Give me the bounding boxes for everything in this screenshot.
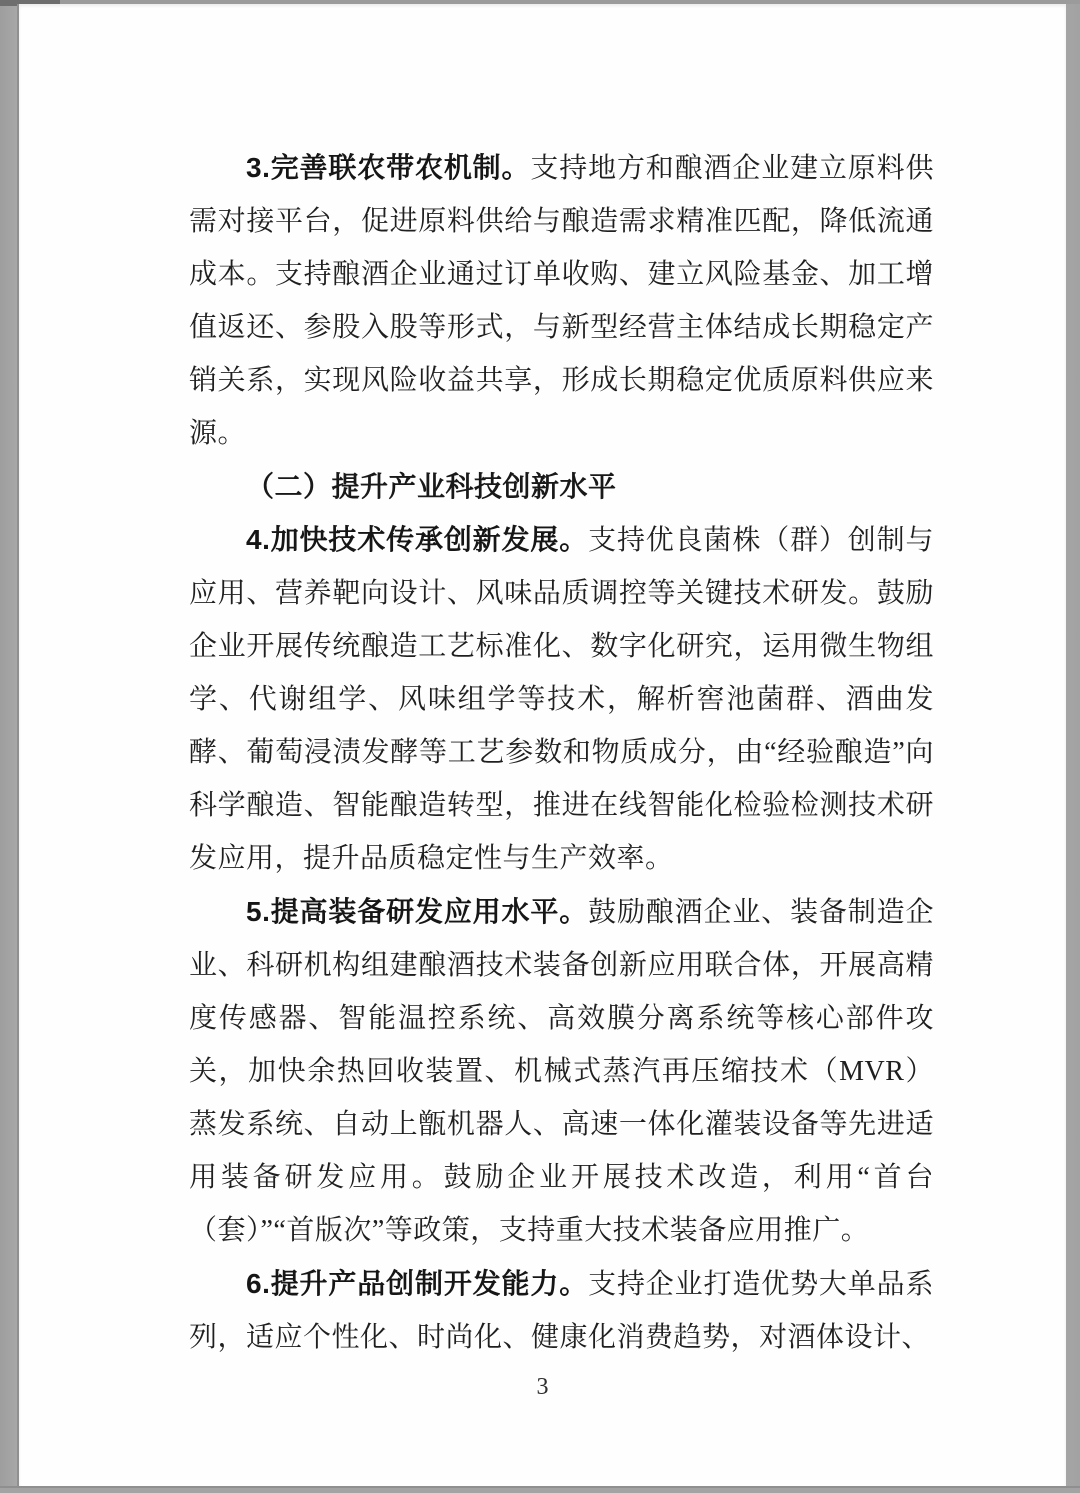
paragraph-4: 4.加快技术传承创新发展。支持优良菌株（群）创制与应用、营养靶向设计、风味品质调… bbox=[189, 513, 934, 885]
paragraph-5-body: 鼓励酿酒企业、装备制造企业、科研机构组建酿酒技术装备创新应用联合体，开展高精度传… bbox=[189, 897, 934, 1246]
paragraph-4-body: 支持优良菌株（群）创制与应用、营养靶向设计、风味品质调控等关键技术研发。鼓励企业… bbox=[189, 525, 934, 874]
paragraph-5-lead: 5.提高装备研发应用水平。 bbox=[246, 896, 588, 927]
paragraph-3-body: 支持地方和酿酒企业建立原料供需对接平台，促进原料供给与酿造需求精准匹配，降低流通… bbox=[189, 153, 934, 449]
paragraph-3-lead: 3.完善联农带农机制。 bbox=[246, 152, 530, 183]
page-number: 3 bbox=[19, 1372, 1066, 1402]
paragraph-5: 5.提高装备研发应用水平。鼓励酿酒企业、装备制造企业、科研机构组建酿酒技术装备创… bbox=[189, 885, 934, 1257]
paragraph-6-lead: 6.提升产品创制开发能力。 bbox=[246, 1268, 588, 1299]
section-heading-2: （二）提升产业科技创新水平 bbox=[189, 460, 934, 513]
paragraph-6: 6.提升产品创制开发能力。支持企业打造优势大单品系列，适应个性化、时尚化、健康化… bbox=[189, 1257, 934, 1364]
scan-bottom-edge bbox=[0, 1486, 1080, 1493]
paragraph-3: 3.完善联农带农机制。支持地方和酿酒企业建立原料供需对接平台，促进原料供给与酿造… bbox=[189, 141, 934, 460]
document-page: 3.完善联农带农机制。支持地方和酿酒企业建立原料供需对接平台，促进原料供给与酿造… bbox=[17, 4, 1066, 1486]
paragraph-4-lead: 4.加快技术传承创新发展。 bbox=[246, 524, 588, 555]
scan-canvas: 3.完善联农带农机制。支持地方和酿酒企业建立原料供需对接平台，促进原料供给与酿造… bbox=[0, 0, 1080, 1493]
page-content: 3.完善联农带农机制。支持地方和酿酒企业建立原料供需对接平台，促进原料供给与酿造… bbox=[189, 141, 934, 1364]
